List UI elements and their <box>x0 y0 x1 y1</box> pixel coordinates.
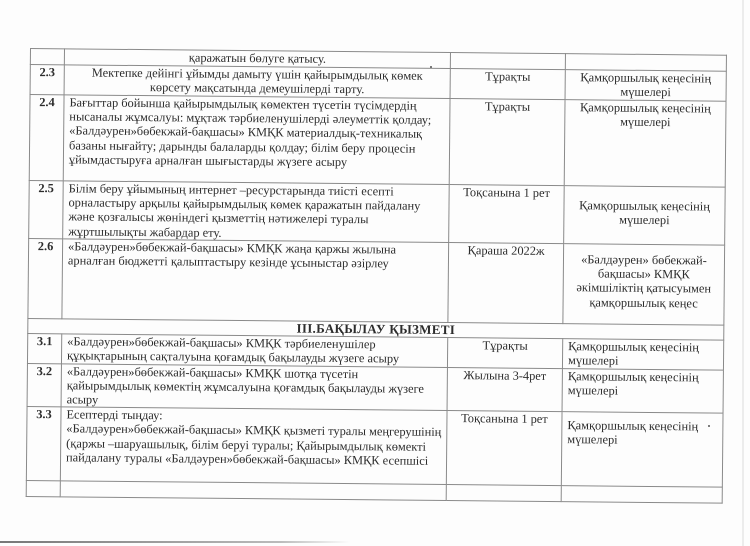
row-text: «Балдәурен»бөбекжай-бақшасы» КМҚК тәрбие… <box>61 334 447 367</box>
row-number: 3.1 <box>27 334 61 364</box>
table-row: 2.5 Білім беру ұйымының интернет –ресурс… <box>29 180 726 245</box>
row-text: Бағыттар бойынша қайырымдылық көмектен т… <box>63 95 450 185</box>
row-frequency: Жылына 3-4рет <box>447 367 562 412</box>
row-number <box>26 481 60 497</box>
row-number: 2.5 <box>29 180 64 238</box>
scan-speck <box>430 66 432 68</box>
row-frequency: Қараша 2022ж <box>448 243 564 324</box>
row-number: 3.2 <box>27 363 61 407</box>
table-row: 3.2 «Балдәурен»бөбекжай-бақшасы» КМҚК шо… <box>27 363 723 413</box>
row-text-part2: «Балдәурен»бөбекжай-бақшасы» КМҚК матери… <box>69 124 444 170</box>
row-responsible: Қамқоршылық кеңесінің мүшелері <box>564 100 726 188</box>
row-responsible <box>561 486 722 504</box>
page-edge-shadow <box>0 541 350 543</box>
row-text: «Балдәурен»бөбекжай-бақшасы» КМҚК жаңа қ… <box>62 239 449 323</box>
row-text: Білім беру ұйымының интернет –ресурстары… <box>63 181 450 243</box>
row-responsible: Қамқоршылық кеңесінің мүшелері <box>562 339 723 370</box>
row-frequency: Тұрақты <box>447 338 562 369</box>
row-responsible: Қамқоршылық кеңесінің мүшелері <box>562 368 723 413</box>
row-responsible: Қамқоршылық кеңесінің мүшелері <box>561 412 723 488</box>
row-frequency <box>446 485 561 502</box>
row-text <box>60 481 446 501</box>
row-number: 2.3 <box>30 65 64 95</box>
row-number: 2.4 <box>29 95 64 181</box>
table-row: 2.6 «Балдәурен»бөбекжай-бақшасы» КМҚК жа… <box>28 238 725 325</box>
row-number: 3.3 <box>26 407 61 481</box>
row-responsible: «Балдәурен» бөбекжай-бақшасы» КМҚК әкімш… <box>563 244 725 326</box>
page-right-edge <box>742 0 744 546</box>
row-text: Есептерді тыңдау: «Балдәурен»бөбекжай-ба… <box>60 407 447 485</box>
scanned-page: қаражатын бөлуге қатысу. 2.3 Мектепке де… <box>0 0 750 546</box>
row-frequency <box>450 53 565 70</box>
row-frequency: Тоқсанына 1 рет <box>446 411 562 486</box>
row-responsible <box>565 54 726 72</box>
row-responsible: Қамқоршылық кеңесінің мүшелері <box>564 186 726 246</box>
row-number: 2.6 <box>28 238 63 318</box>
row-text: Мектепке дейінгі ұйымды дамыту үшін қайы… <box>64 65 450 99</box>
scan-speck <box>708 425 710 427</box>
row-text-part2: «Балдәурен»бөбекжай-бақшасы» КМҚК қызмет… <box>66 422 441 468</box>
row-text: «Балдәурен»бөбекжай-бақшасы» КМҚК шотқа … <box>61 363 447 410</box>
row-number <box>30 49 64 65</box>
row-frequency: Тұрақты <box>449 99 565 186</box>
table-row: 3.3 Есептерді тыңдау: «Балдәурен»бөбекжа… <box>26 407 723 488</box>
row-frequency: Тоқсанына 1 рет <box>449 185 565 244</box>
plan-table-sheet: қаражатын бөлуге қатысу. 2.3 Мектепке де… <box>26 48 726 504</box>
row-frequency: Тұрақты <box>450 69 565 100</box>
row-responsible: Қамқоршылық кеңесінің мүшелері <box>565 70 726 102</box>
table-row: 2.4 Бағыттар бойынша қайырымдылық көмект… <box>29 95 726 188</box>
plan-table: қаражатын бөлуге қатысу. 2.3 Мектепке де… <box>26 48 727 504</box>
row-text-part1: Бағыттар бойынша қайырымдылық көмектен т… <box>69 95 444 127</box>
